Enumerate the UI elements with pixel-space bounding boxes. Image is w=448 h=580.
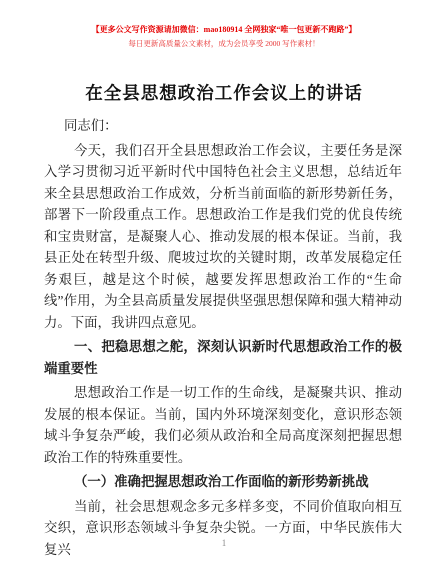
- watermark-banner: 【更多公文写作资源请加微信：mao180914 全网独家“唯一包更新不跑路”】 …: [0, 24, 448, 49]
- document-title: 在全县思想政治工作会议上的讲话: [44, 80, 404, 105]
- salutation: 同志们：: [44, 115, 402, 137]
- page-number: 1: [0, 538, 448, 548]
- document-page: 【更多公文写作资源请加微信：mao180914 全网独家“唯一包更新不跑路”】 …: [0, 0, 448, 580]
- paragraph-section-1: 思想政治工作是一切工作的生命线，是凝聚共识、推动发展的根本保证。当前，国内外环境…: [44, 382, 402, 468]
- watermark-line-2: 每日更新高质量公文素材，成为会员享受 2000 写作素材！: [0, 38, 448, 49]
- watermark-line-1: 【更多公文写作资源请加微信：mao180914 全网独家“唯一包更新不跑路”】: [0, 24, 448, 36]
- document-body: 同志们： 今天，我们召开全县思想政治工作会议，主要任务是深入学习贯彻习近平新时代…: [44, 115, 402, 560]
- section-heading-1: 一、把稳思想之舵，深刻认识新时代思想政治工作的极端重要性: [44, 336, 402, 379]
- paragraph-subsection-1-1: 当前，社会思想观念多元多样多变，不同价值取向相互交织，意识形态领域斗争复杂尖锐。…: [44, 496, 402, 561]
- subsection-heading-1-1: （一）准确把握思想政治工作面临的新形势新挑战: [44, 471, 402, 493]
- paragraph-intro: 今天，我们召开全县思想政治工作会议，主要任务是深入学习贯彻习近平新时代中国特色社…: [44, 140, 402, 334]
